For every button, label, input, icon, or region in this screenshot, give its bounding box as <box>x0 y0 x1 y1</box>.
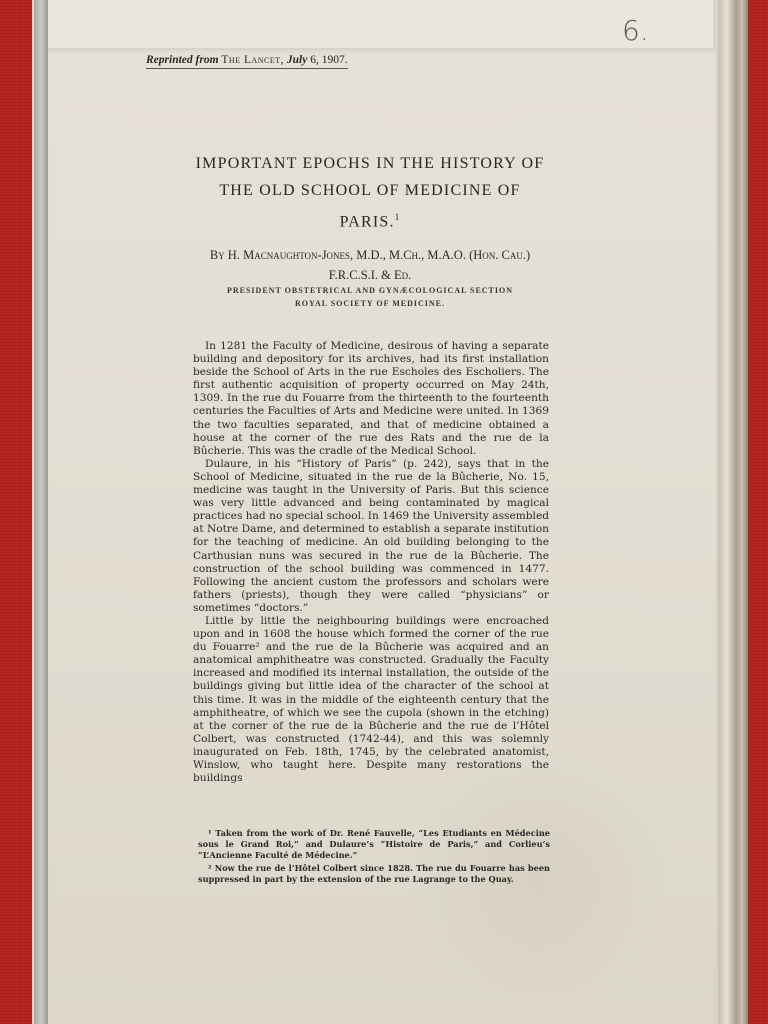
body-paragraph: Dulaure, in his “History of Paris” (p. 2… <box>193 458 549 615</box>
date-rest: 6, 1907. <box>310 54 347 66</box>
binder-rail <box>718 0 748 1024</box>
article-body: In 1281 the Faculty of Medicine, desirou… <box>193 340 549 785</box>
body-paragraph: Little by little the neighbouring buildi… <box>193 615 549 785</box>
affiliation-line: Royal Society of Medicine. <box>150 297 590 310</box>
footnote: ¹ Taken from the work of Dr. René Fauvel… <box>198 828 550 861</box>
title-line: PARIS.1 <box>150 204 590 235</box>
byline: By H. Macnaughton-Jones, M.D., M.Ch., M.… <box>150 245 590 285</box>
journal-name: The Lancet, <box>221 54 284 66</box>
running-head: Reprinted from The Lancet, July 6, 1907. <box>146 54 348 69</box>
date-month: July <box>287 54 307 66</box>
footnotes: ¹ Taken from the work of Dr. René Fauvel… <box>198 828 550 887</box>
handwritten-page-number: 6. <box>622 14 649 47</box>
title-line-text: PARIS. <box>340 213 395 230</box>
article-title: IMPORTANT EPOCHS IN THE HISTORY OF THE O… <box>150 150 590 235</box>
author-line: By H. Macnaughton-Jones, M.D., M.Ch., M.… <box>150 245 590 265</box>
affiliation: President Obstetrical and Gynæcological … <box>150 284 590 310</box>
credentials-line: F.R.C.S.I. & Ed. <box>150 265 590 285</box>
title-line: IMPORTANT EPOCHS IN THE HISTORY OF <box>150 150 590 177</box>
footnote-mark: 1 <box>395 212 401 222</box>
plastic-sleeve-edge <box>34 0 48 1024</box>
affiliation-line: President Obstetrical and Gynæcological … <box>150 284 590 297</box>
running-head-prefix: Reprinted from <box>146 54 219 66</box>
footnote: ² Now the rue de l’Hôtel Colbert since 1… <box>198 863 550 885</box>
title-line: THE OLD SCHOOL OF MEDICINE OF <box>150 177 590 204</box>
body-paragraph: In 1281 the Faculty of Medicine, desirou… <box>193 340 549 458</box>
